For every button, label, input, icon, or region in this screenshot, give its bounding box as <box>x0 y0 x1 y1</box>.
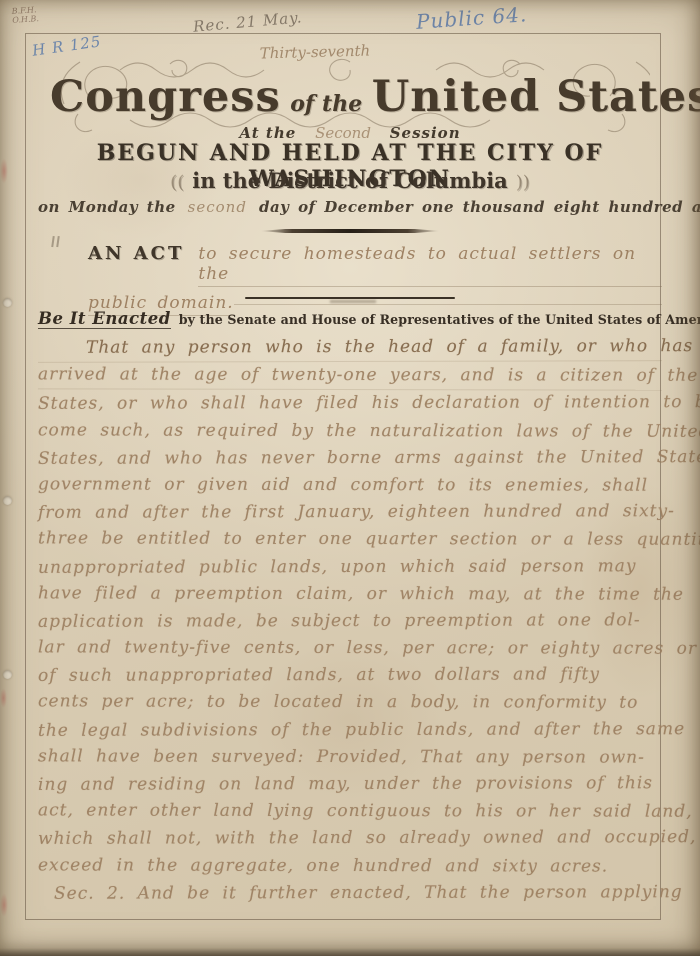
enacting-clause-text: by the Senate and House of Representativ… <box>179 312 700 327</box>
handwritten-line: arrived at the age of twenty-one years, … <box>38 362 662 391</box>
handwritten-line: come such, as required by the naturaliza… <box>38 417 662 445</box>
received-date-note: Rec. 21 May. <box>192 8 303 35</box>
title-of-the: of the <box>286 91 366 117</box>
engraved-title: Congress of the United States, <box>50 56 650 134</box>
clerk-initials-line2: O.H.B. <box>12 14 39 25</box>
handwritten-line: government or given aid and comfort to i… <box>38 471 662 499</box>
punch-hole <box>3 496 12 505</box>
blank-rule-line <box>234 304 662 305</box>
clerk-initials: B.F.H. O.H.B. <box>11 5 39 25</box>
handwritten-body-text: That any person who is the head of a fam… <box>38 334 662 907</box>
handwritten-line: act, enter other land lying contiguous t… <box>38 798 662 826</box>
handwritten-line: That any person who is the head of a fam… <box>38 333 662 363</box>
document-page: B.F.H. O.H.B. Rec. 21 May. Public 64. H … <box>0 0 700 956</box>
engraver-imprint <box>330 300 376 303</box>
handwritten-line: application is made, be subject to preem… <box>38 607 662 636</box>
punch-hole <box>3 298 12 307</box>
act-title-handwritten-line1: to secure homesteads to actual settlers … <box>198 244 662 287</box>
handwritten-line: exceed in the aggregate, one hundred and… <box>38 852 662 880</box>
date-day-handwritten: second <box>176 198 259 216</box>
public-law-number: Public 64. <box>415 2 528 34</box>
session-date-line: on Monday the second day of December one… <box>38 198 662 216</box>
handwritten-line: lar and twenty-five cents, or less, per … <box>38 634 662 662</box>
handwritten-line: of such unappropriated lands, at two dol… <box>38 661 662 690</box>
handwritten-line: States, or who shall have filed his decl… <box>38 390 662 419</box>
handwritten-line: which shall not, with the land so alread… <box>38 825 662 854</box>
paper-bottom-edge <box>0 948 700 956</box>
flourish-right: )) <box>508 172 538 193</box>
handwritten-line: Sec. 2. And be it further enacted, That … <box>38 879 662 908</box>
handwritten-line: unappropriated public lands, upon which … <box>38 553 662 582</box>
date-prefix: on Monday the <box>38 198 176 216</box>
handwritten-line: from and after the first January, eighte… <box>38 498 662 527</box>
edge-mark <box>0 688 7 708</box>
flourish-left: (( <box>162 172 192 193</box>
handwritten-line: States, and who has never borne arms aga… <box>38 444 662 473</box>
district-text: in the District of Columbia <box>192 168 508 193</box>
handwritten-line: shall have been surveyed: Provided, That… <box>38 743 662 771</box>
an-act-label: AN ACT <box>88 243 184 264</box>
edge-mark <box>0 893 8 917</box>
handwritten-line: have filed a preemption claim, or which … <box>38 580 662 608</box>
title-congress: Congress <box>50 72 281 122</box>
title-united-states: United States, <box>372 72 700 122</box>
tapered-divider-rule <box>260 229 440 233</box>
district-of-columbia-line: ((in the District of Columbia)) <box>0 168 700 193</box>
document-title: Congress of the United States, <box>50 72 650 122</box>
handwritten-line: ing and residing on land may, under the … <box>38 770 662 799</box>
enacting-clause: Be It Enacted by the Senate and House of… <box>38 309 666 329</box>
handwritten-line: three be entitled to enter one quarter s… <box>38 526 662 554</box>
date-middle: day of December one thousand eight hundr… <box>259 198 700 216</box>
handwritten-line: cents per acre; to be located in a body,… <box>38 689 662 717</box>
be-it-enacted-label: Be It Enacted <box>38 309 171 329</box>
act-title-block: AN ACT to secure homesteads to actual se… <box>38 243 662 316</box>
straight-divider-rule <box>245 297 455 299</box>
punch-hole <box>3 670 12 679</box>
handwritten-line: the legal subdivisions of the public lan… <box>38 716 662 745</box>
